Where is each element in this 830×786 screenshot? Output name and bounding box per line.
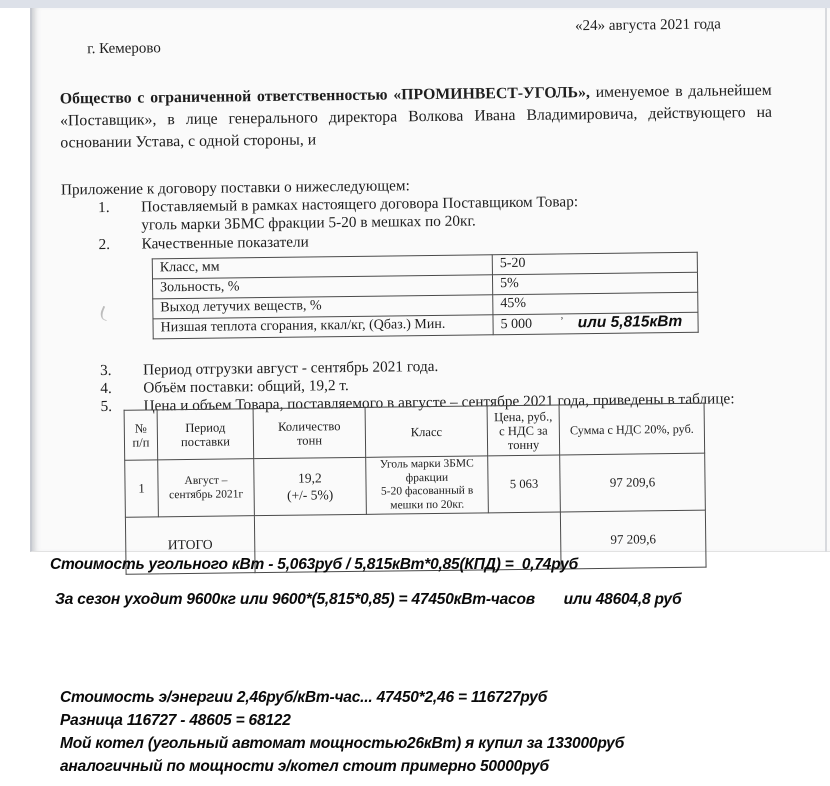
cell-sum: 97 209,6 (560, 453, 706, 512)
cell-period: Август – сентябрь 2021г (158, 459, 255, 517)
annotation-electricity-cost: Стоимость э/энергии 2,46руб/кВт-час... 4… (60, 689, 547, 707)
annotation-my-boiler: Мой котел (угольный автомат мощностью26к… (60, 735, 624, 753)
col-header-price: Цена, руб., с НДС за тонну (487, 405, 560, 456)
quality-value-cell: 5 000’или 5,815кВт (493, 312, 698, 335)
document-city: г. Кемерово (87, 40, 161, 58)
quality-value: 5 000 (500, 317, 532, 332)
col-header-qty: Количество тонн (253, 407, 366, 458)
annotation-season-consumption: За сезон уходит 9600кг или 9600*(5,815*0… (55, 591, 681, 609)
quality-value: 5-20 (492, 252, 697, 275)
annotation-electric-boiler: аналогичный по мощности э/котел стоит пр… (60, 758, 549, 776)
col-header-period: Период поставки (157, 409, 254, 460)
quality-table: Класс, мм 5-20 Зольность, % 5% Выход лет… (152, 252, 699, 340)
annotation-difference: Разница 116727 - 48605 = 68122 (60, 712, 291, 730)
scan-artifact-mark (98, 306, 111, 321)
scan-content: «24» августа 2021 года г. Кемерово Общес… (29, 3, 830, 557)
col-header-num: № п/п (124, 410, 158, 460)
scan-page: «24» августа 2021 года г. Кемерово Общес… (30, 8, 830, 552)
list-item-number: 5. (100, 398, 112, 416)
list-item-number: 3. (100, 362, 112, 380)
cell-qty: 19,2 (+/- 5%) (254, 457, 367, 515)
price-table-row: 1 Август – сентябрь 2021г 19,2 (+/- 5%) … (125, 453, 706, 517)
list-item-text: Качественные показатели (141, 234, 308, 254)
cell-price: 5 063 (488, 455, 561, 513)
list-item-number: 2. (98, 236, 110, 254)
cell-class: Уголь марки 3БМС фракции 5-20 фасованный… (366, 456, 489, 514)
list-item-number: 4. (100, 380, 112, 398)
cell-num: 1 (125, 460, 159, 517)
handwritten-note: или 5,815кВт (578, 313, 683, 331)
col-header-class: Класс (365, 406, 488, 457)
quality-value: 45% (493, 292, 698, 315)
list-item-number: 1. (98, 199, 110, 217)
intro-company-bold: Общество с ограниченной ответственностью… (60, 84, 590, 107)
price-table-header: № п/п Период поставки Количество тонн Кл… (124, 403, 705, 460)
price-table: № п/п Период поставки Количество тонн Кл… (124, 403, 707, 575)
quality-value: 5% (492, 272, 697, 295)
total-sum: 97 209,6 (560, 510, 706, 569)
intro-paragraph: Общество с ограниченной ответственностью… (60, 80, 773, 155)
document-date: «24» августа 2021 года (575, 16, 721, 35)
col-header-sum: Сумма с НДС 20%, руб. (559, 403, 705, 455)
annotation-coal-kwt-cost: Стоимость угольного кВт - 5,063руб / 5,8… (50, 556, 578, 574)
tick-mark: ’ (560, 315, 564, 327)
quality-label: Низшая теплота сгорания, ккал/кг, (Qбаз.… (153, 315, 493, 339)
